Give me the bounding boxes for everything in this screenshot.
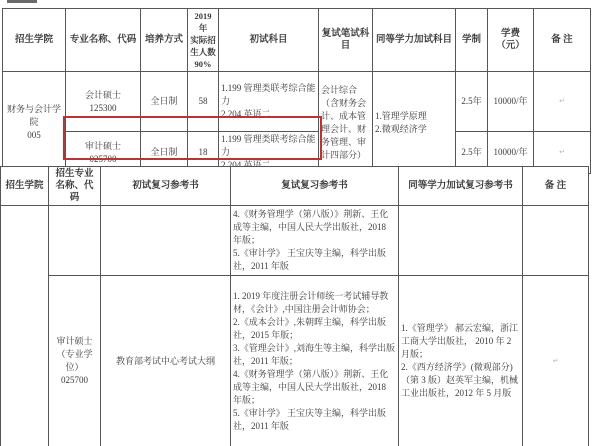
cell-remark: ↵ (523, 276, 589, 446)
cell-initial-subjects: 1.199 管理类联考综合能力 2.204 英语二 (219, 72, 319, 132)
cell-remark: ↵ (534, 72, 591, 132)
table1-header-row: 招生学院 专业名称、代码 培养方式 2019 年 实际招 生人数 90% 初试科… (3, 9, 591, 72)
cell-quota: 58 (188, 72, 219, 132)
cell-retest-refs: 4.《财务管理学（第八版）》荆新、王化成等主编，中国人民大学出版社，2018 年… (231, 206, 399, 276)
table1-row-accounting: 财务与会计学 院 005 会计硕士 125300 全日制 58 1.199 管理… (3, 72, 591, 132)
cell-remark (523, 206, 589, 276)
scan-artifact-dash (7, 0, 37, 3)
cell-major-empty (49, 206, 101, 276)
header-tuition: 学费（元） (488, 9, 534, 72)
cell-major-accounting: 会计硕士 125300 (66, 72, 141, 132)
cell-college: 财务与会计学 院 005 (3, 72, 66, 174)
cell-mode: 全日制 (141, 72, 188, 132)
header-major-code: 专业名称、代码 (66, 9, 141, 72)
header-equivalency-refs: 同等学力加试复习参考书 (399, 167, 523, 206)
document-page: 招生学院 专业名称、代码 培养方式 2019 年 实际招 生人数 90% 初试科… (0, 0, 598, 446)
cell-major-auditing: 审计硕士 （专业学位） 025700 (49, 276, 101, 446)
cell-tuition: 10000/年 (488, 72, 534, 132)
cell-equivalency-refs-empty (399, 206, 523, 276)
cell-duration: 2.5年 (456, 72, 488, 132)
table2-row-auditing: 审计硕士 （专业学位） 025700 教育部考试中心考试大纲 1. 2019 年… (1, 276, 589, 446)
cell-initial-refs-empty (101, 206, 231, 276)
header-initial-refs: 初试复习参考书 (101, 167, 231, 206)
cell-retest-refs: 1. 2019 年度注册会计师统一考试辅导教材，《会计》,中国注册会计师协会； … (231, 276, 399, 446)
header-retest-subjects: 复试笔试科 目 (319, 9, 373, 72)
header-enrollment-2019: 2019 年 实际招 生人数 90% (188, 9, 219, 72)
table2-row-continuation: 4.《财务管理学（第八版）》荆新、王化成等主编，中国人民大学出版社，2018 年… (1, 206, 589, 276)
header-duration: 学制 (456, 9, 488, 72)
cell-equivalency-refs: 1.《管理学》 郝云宏编，浙江工商大学出版社， 2010 年 2 月版； 2.《… (399, 276, 523, 446)
header-remarks: 备 注 (523, 167, 589, 206)
admissions-overview-table: 招生学院 专业名称、代码 培养方式 2019 年 实际招 生人数 90% 初试科… (2, 8, 591, 174)
cell-college-empty (1, 206, 49, 446)
cell-equivalency-subjects: 1.管理学原理 2.微观经济学 (373, 72, 456, 174)
header-college: 招生学院 (3, 9, 66, 72)
header-retest-refs: 复试复习参考书 (231, 167, 399, 206)
cell-retest-subject: 会计综合（含财务会计、成本管理会计、财务管理、审计四部分） (319, 72, 373, 174)
table2-header-row: 招生学院 招生专业名称、代码 初试复习参考书 复试复习参考书 同等学力加试复习参… (1, 167, 589, 206)
header-equivalency-subjects: 同等学力加试科目 (373, 9, 456, 72)
cell-initial-refs: 教育部考试中心考试大纲 (101, 276, 231, 446)
header-college: 招生学院 (1, 167, 49, 206)
header-study-mode: 培养方式 (141, 9, 188, 72)
header-major-code: 招生专业名称、代码 (49, 167, 101, 206)
header-initial-subjects: 初试科目 (219, 9, 319, 72)
reference-books-table: 招生学院 招生专业名称、代码 初试复习参考书 复试复习参考书 同等学力加试复习参… (0, 166, 589, 446)
header-remarks: 备 注 (534, 9, 591, 72)
